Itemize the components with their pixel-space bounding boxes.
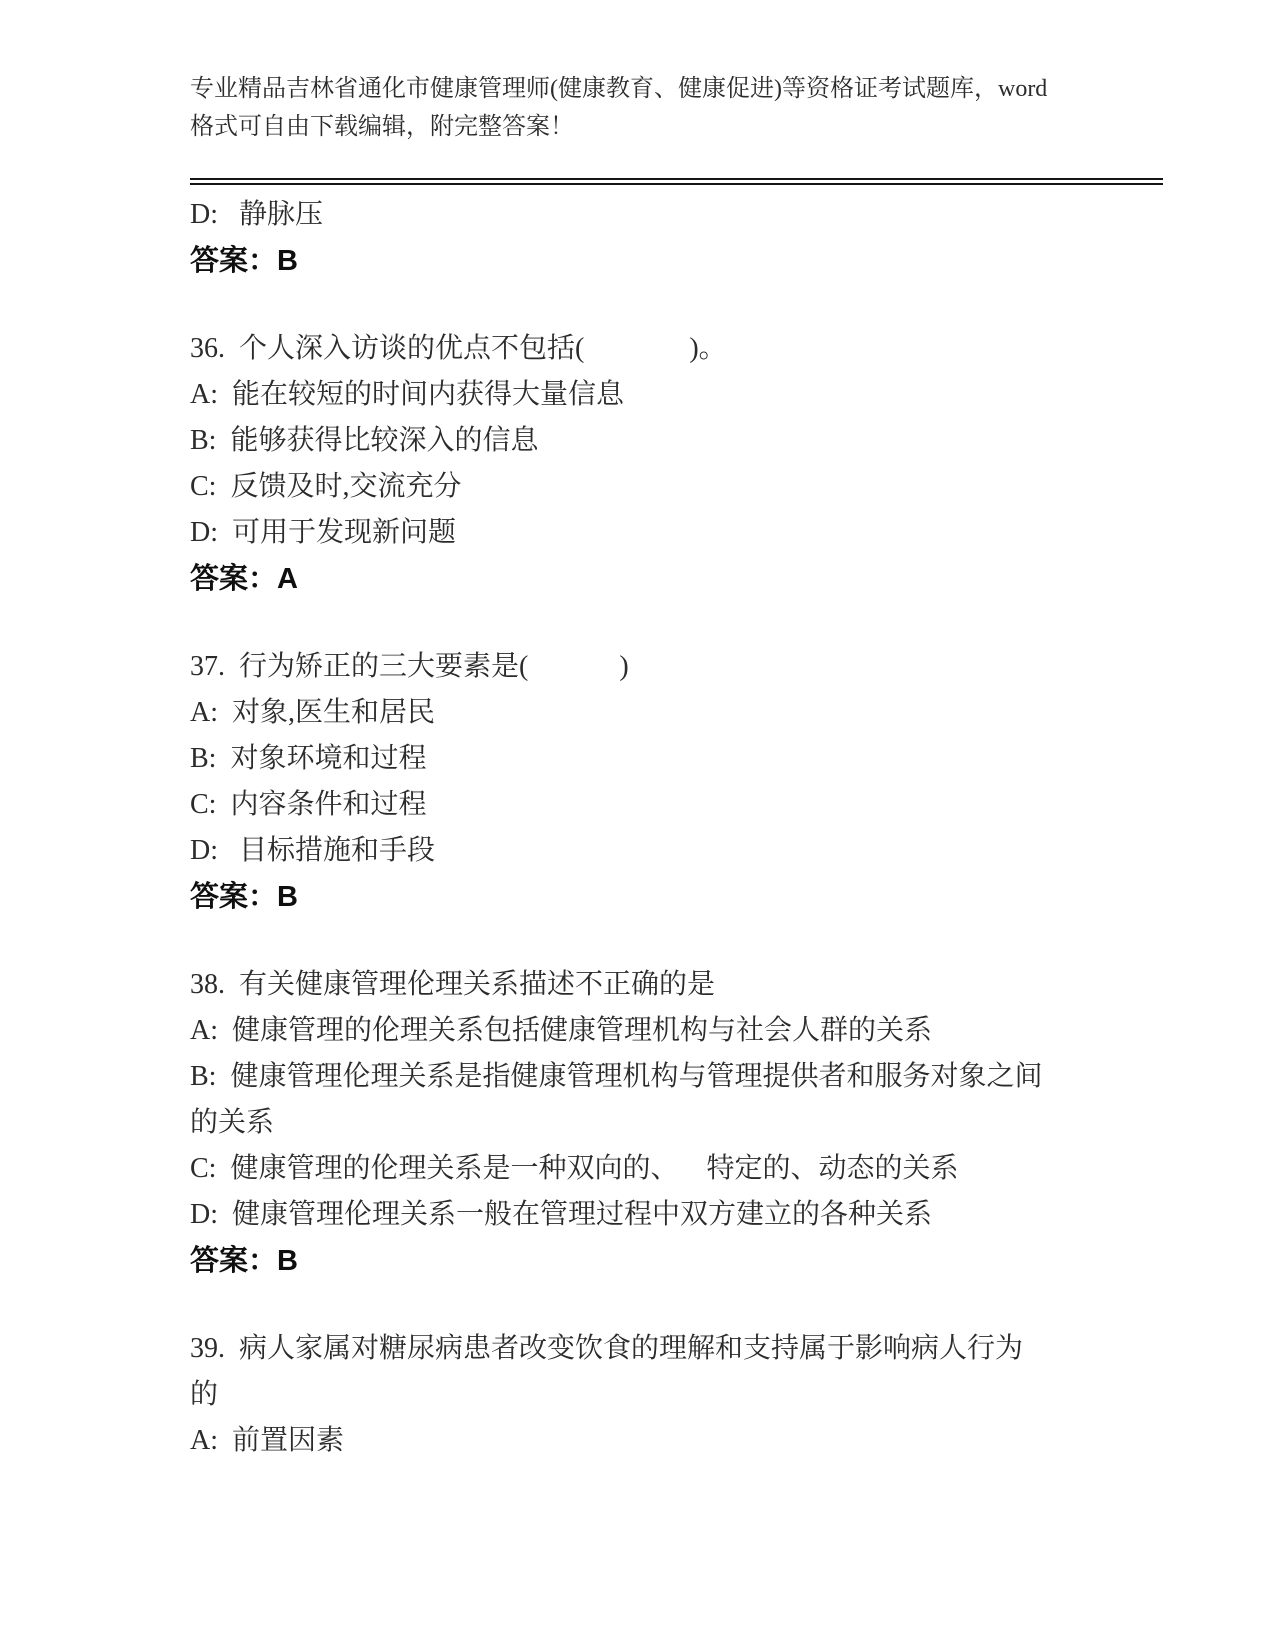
continuation-line: 的关系	[190, 1100, 1175, 1146]
question-line: 39. 病人家属对糖尿病患者改变饮食的理解和支持属于影响病人行为	[190, 1326, 1175, 1372]
option-line: A: 对象,医生和居民	[190, 690, 1175, 736]
option-line: D: 目标措施和手段	[190, 828, 1175, 874]
option-line: D: 静脉压	[190, 192, 1175, 238]
answer-line: 答案：B	[190, 238, 1175, 284]
exam-document-page: 专业精品吉林省通化市健康管理师(健康教育、健康促进)等资格证考试题库，word …	[0, 0, 1275, 1650]
option-line: C: 健康管理的伦理关系是一种双向的、 特定的、动态的关系	[190, 1146, 1175, 1192]
option-line: A: 健康管理的伦理关系包括健康管理机构与社会人群的关系	[190, 1008, 1175, 1054]
answer-line: 答案：B	[190, 874, 1175, 920]
question-line: 36. 个人深入访谈的优点不包括( )。	[190, 326, 1175, 372]
header-line-2: 格式可自由下载编辑，附完整答案！	[190, 108, 1175, 146]
page-header: 专业精品吉林省通化市健康管理师(健康教育、健康促进)等资格证考试题库，word …	[190, 70, 1175, 146]
answer-line: 答案：B	[190, 1238, 1175, 1284]
option-line: C: 反馈及时,交流充分	[190, 464, 1175, 510]
option-line: B: 能够获得比较深入的信息	[190, 418, 1175, 464]
answer-line: 答案：A	[190, 556, 1175, 602]
header-line-1: 专业精品吉林省通化市健康管理师(健康教育、健康促进)等资格证考试题库，word	[190, 70, 1175, 108]
option-line: D: 可用于发现新问题	[190, 510, 1175, 556]
document-body: D: 静脉压答案：B36. 个人深入访谈的优点不包括( )。A: 能在较短的时间…	[190, 192, 1175, 1464]
block-gap	[190, 602, 1175, 644]
question-line: 37. 行为矫正的三大要素是( )	[190, 644, 1175, 690]
option-line: A: 前置因素	[190, 1418, 1175, 1464]
block-gap	[190, 920, 1175, 962]
header-double-rule	[190, 178, 1163, 185]
option-line: C: 内容条件和过程	[190, 782, 1175, 828]
option-line: D: 健康管理伦理关系一般在管理过程中双方建立的各种关系	[190, 1192, 1175, 1238]
question-line: 38. 有关健康管理伦理关系描述不正确的是	[190, 962, 1175, 1008]
block-gap	[190, 1284, 1175, 1326]
option-line: B: 健康管理伦理关系是指健康管理机构与管理提供者和服务对象之间	[190, 1054, 1175, 1100]
option-line: B: 对象环境和过程	[190, 736, 1175, 782]
block-gap	[190, 284, 1175, 326]
continuation-line: 的	[190, 1372, 1175, 1418]
option-line: A: 能在较短的时间内获得大量信息	[190, 372, 1175, 418]
